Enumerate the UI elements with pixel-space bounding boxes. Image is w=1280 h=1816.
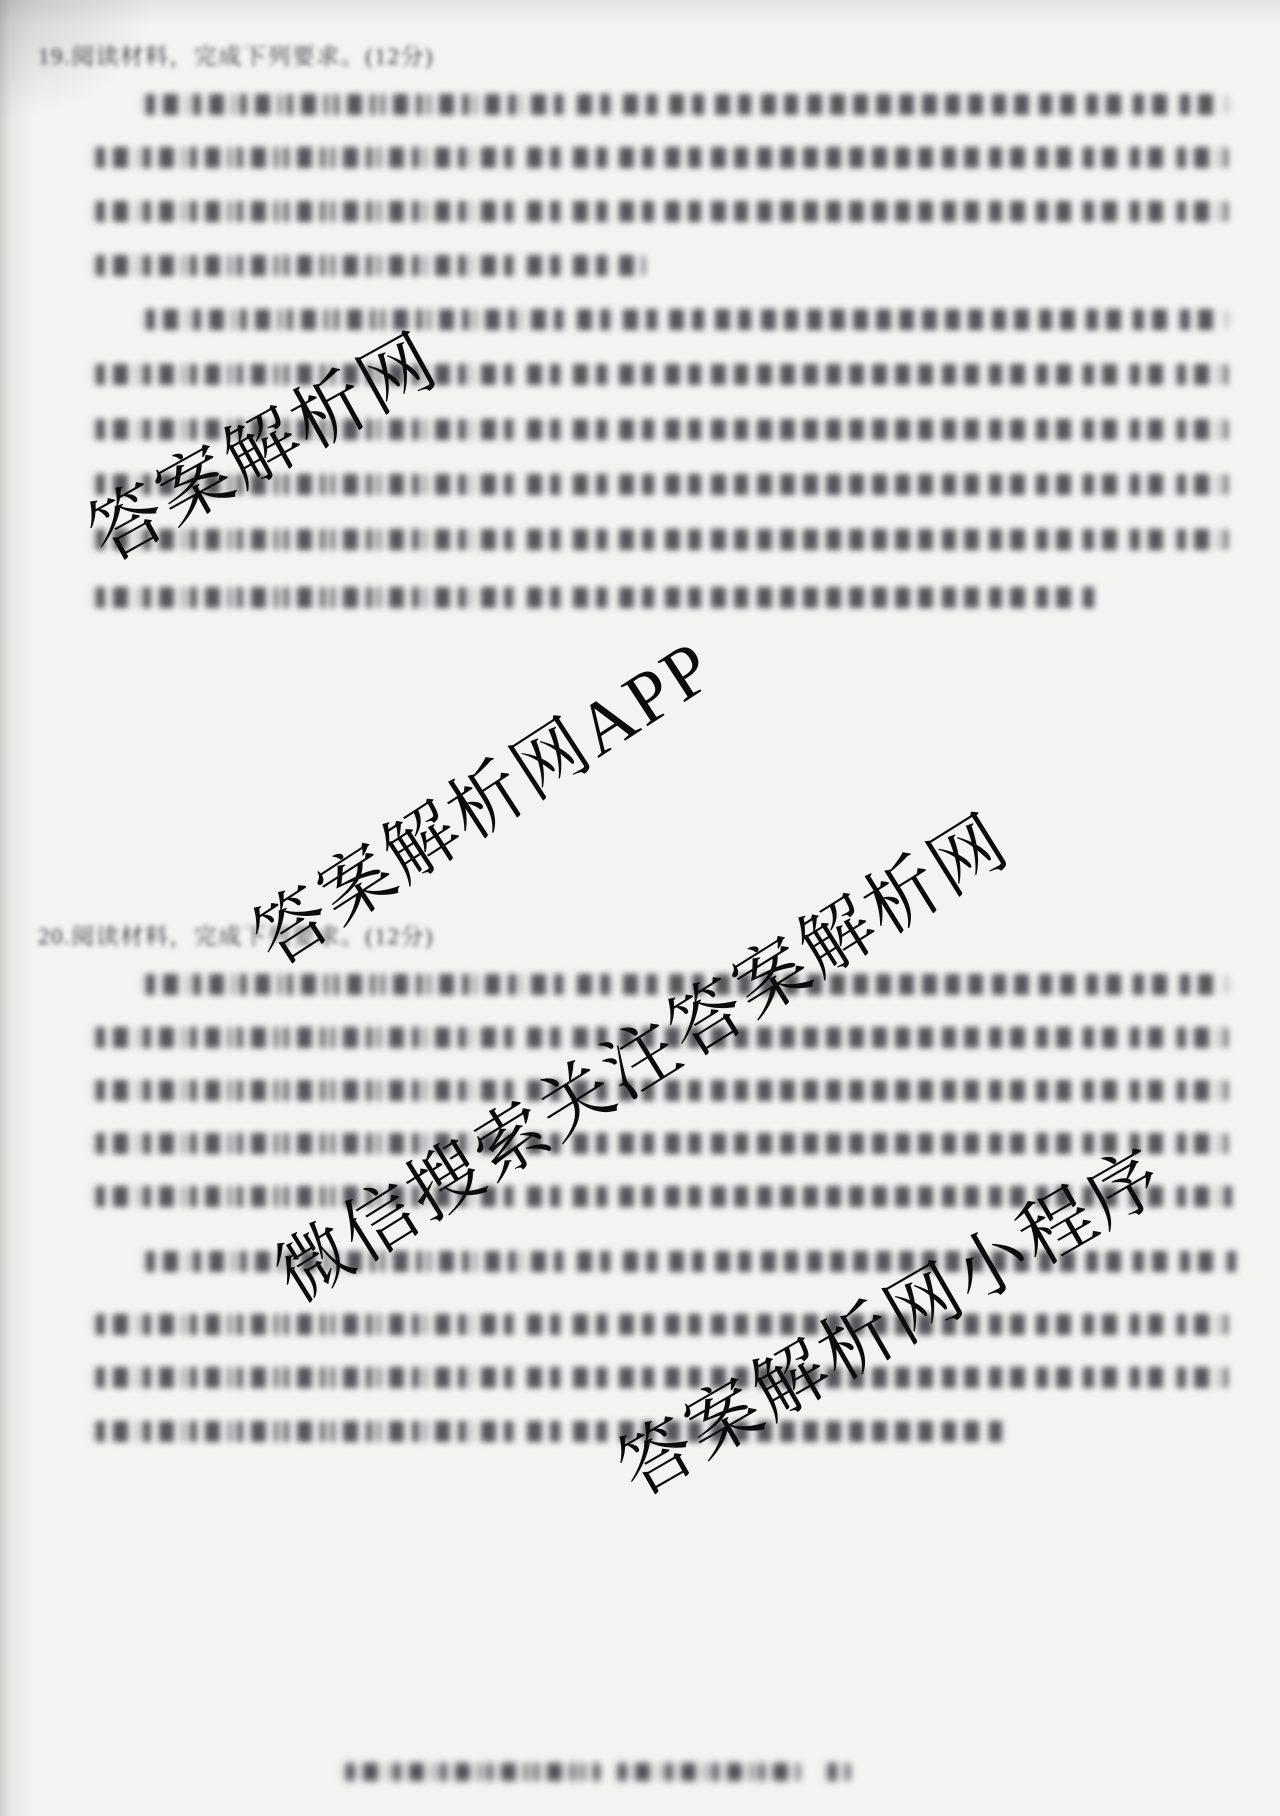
blurred-text-line	[90, 1133, 1228, 1154]
blurred-text-line	[90, 587, 1100, 608]
question-heading-1: 19.阅读材料，完成下列要求。(12分)	[38, 38, 434, 71]
blurred-footer-text	[612, 1763, 800, 1781]
scanned-exam-page: 19.阅读材料，完成下列要求。(12分)20.阅读材料，完成下列要求。(12分)…	[0, 0, 1280, 1816]
blurred-text-line	[140, 309, 1228, 330]
blurred-footer-text	[822, 1763, 850, 1781]
blurred-text-line	[90, 147, 1228, 168]
blurred-text-line	[90, 1421, 1005, 1442]
blurred-text-line	[90, 529, 1228, 550]
blurred-text-line	[90, 1314, 1228, 1335]
blurred-text-line	[90, 1367, 1228, 1388]
watermark-text-2: 答案解析网APP	[229, 609, 731, 986]
blurred-footer-text	[340, 1763, 600, 1781]
blurred-text-line	[90, 201, 1228, 222]
blurred-text-line	[140, 94, 1228, 115]
blurred-text-line	[90, 255, 645, 276]
